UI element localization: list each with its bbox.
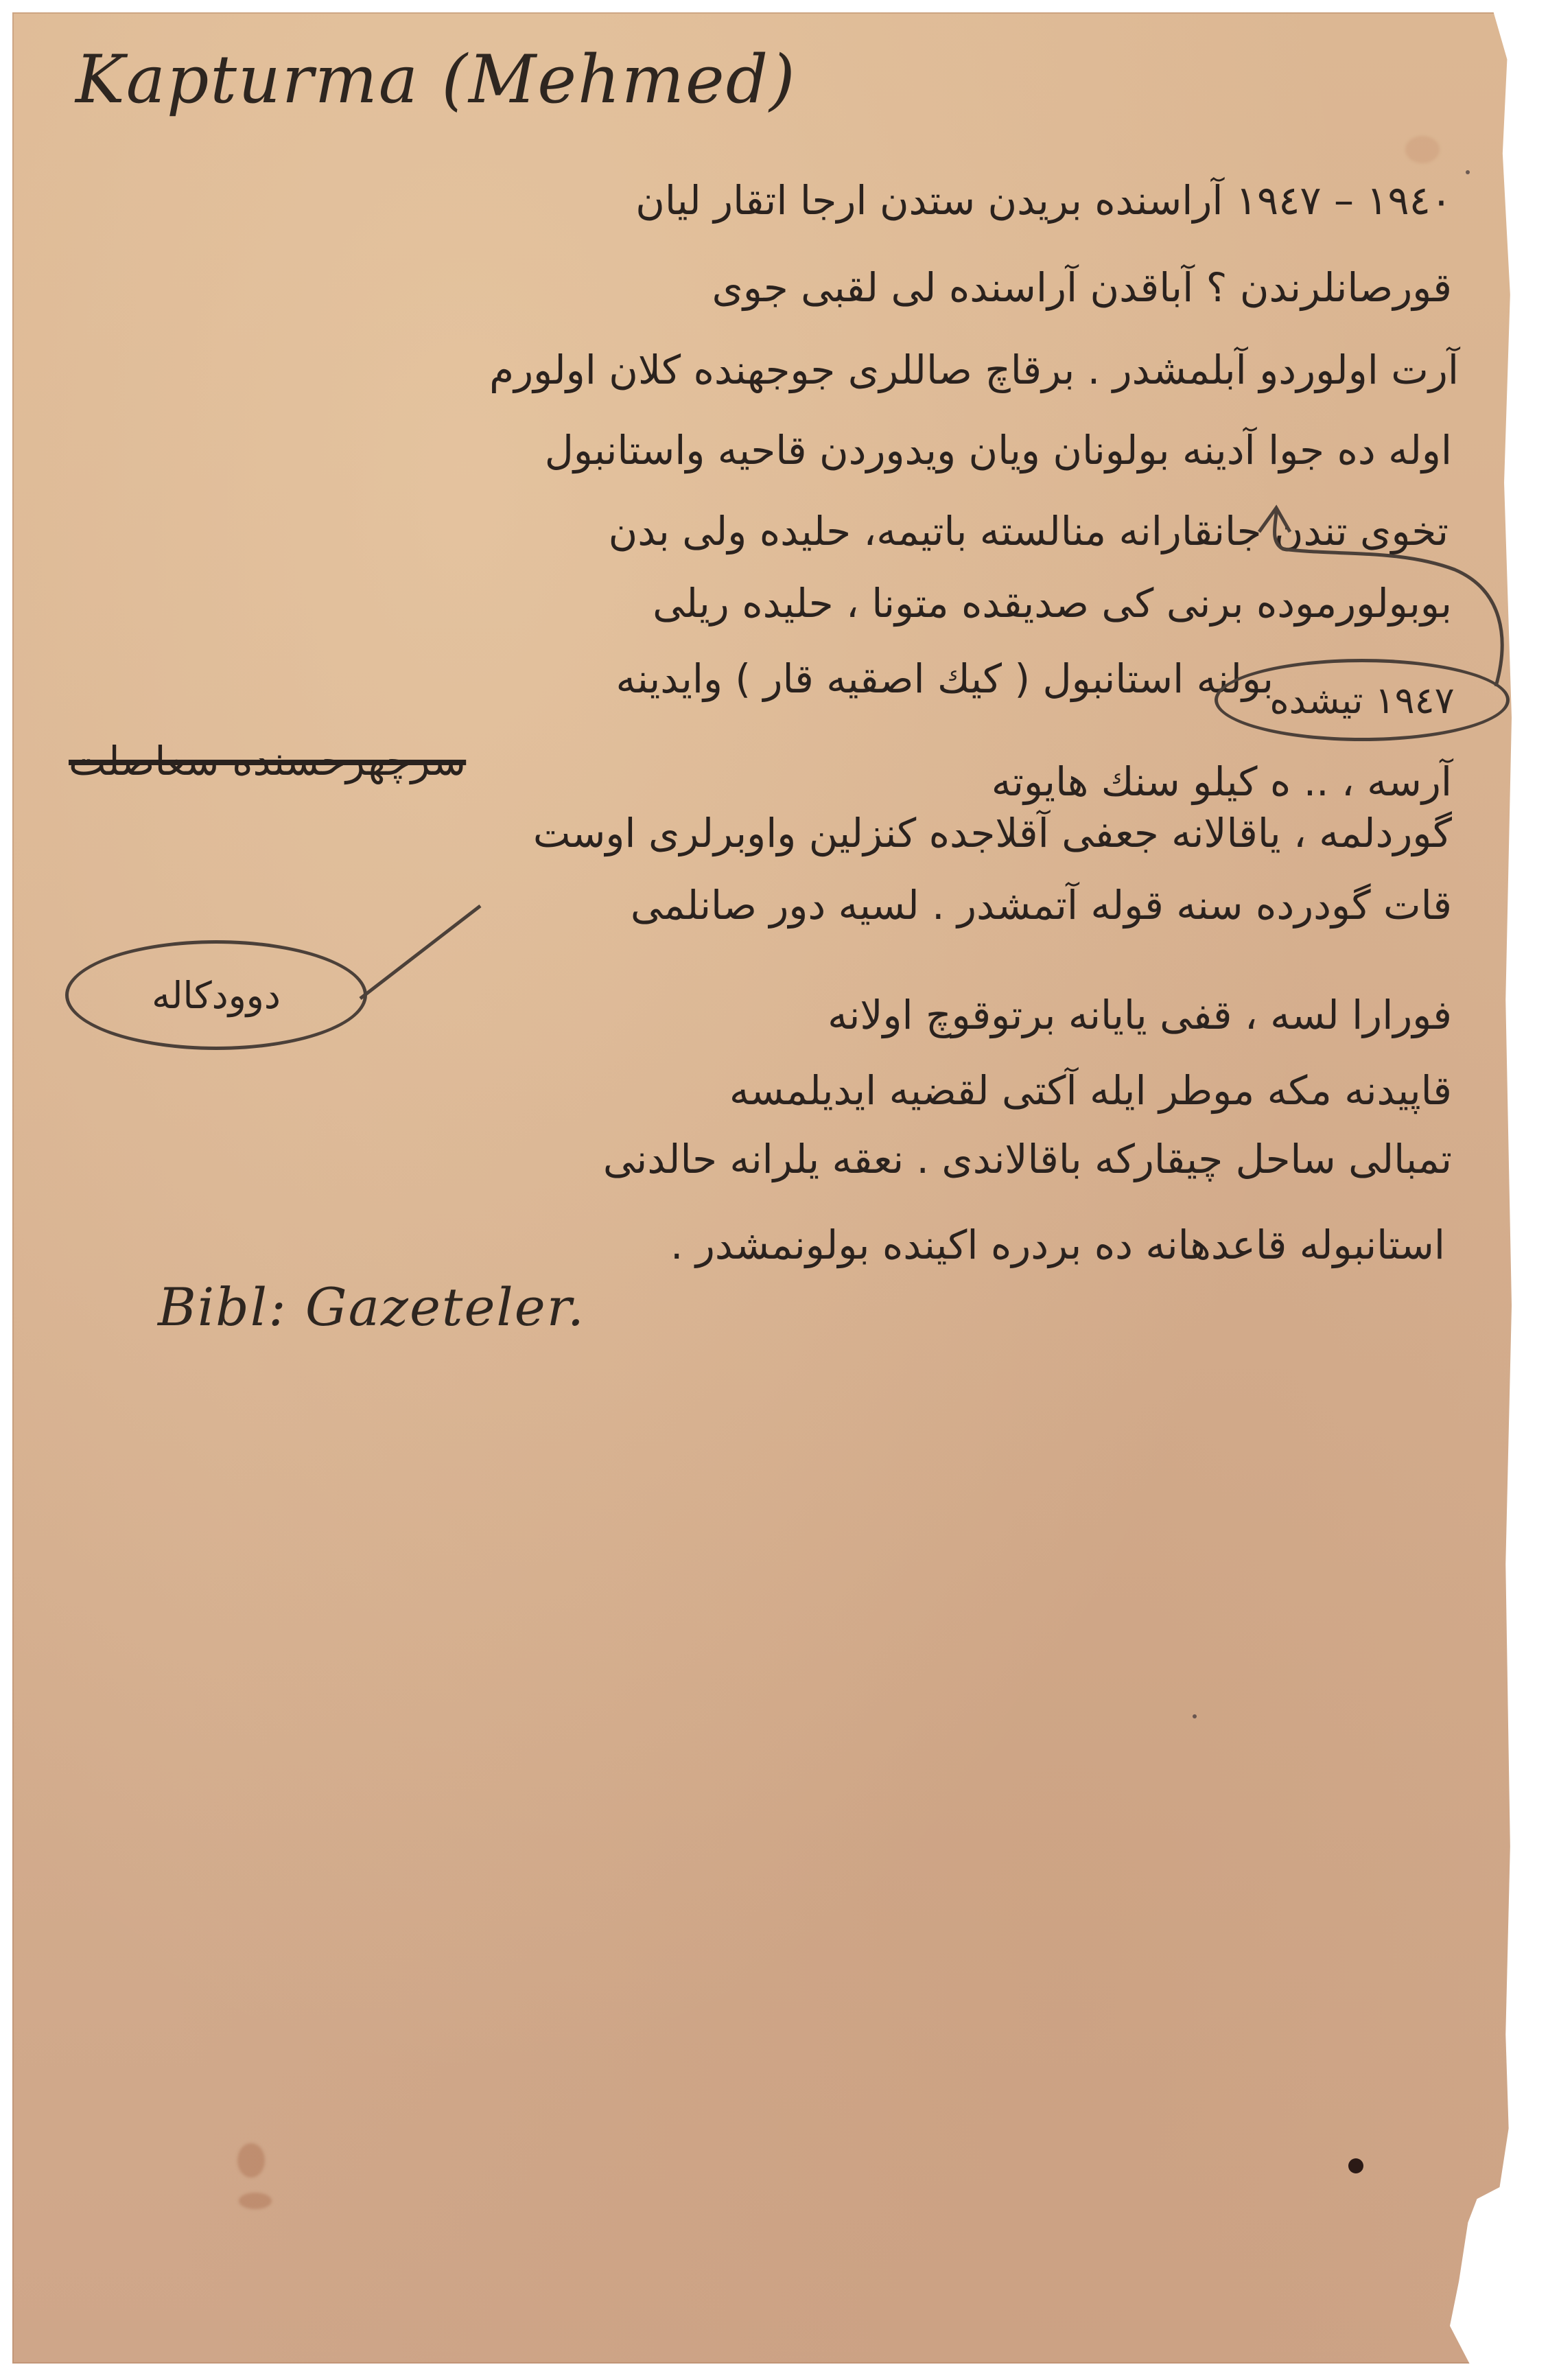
bibliography-footer: Bibl: Gazeteler. [158, 1276, 585, 1338]
insert-arrow [0, 0, 1548, 2380]
